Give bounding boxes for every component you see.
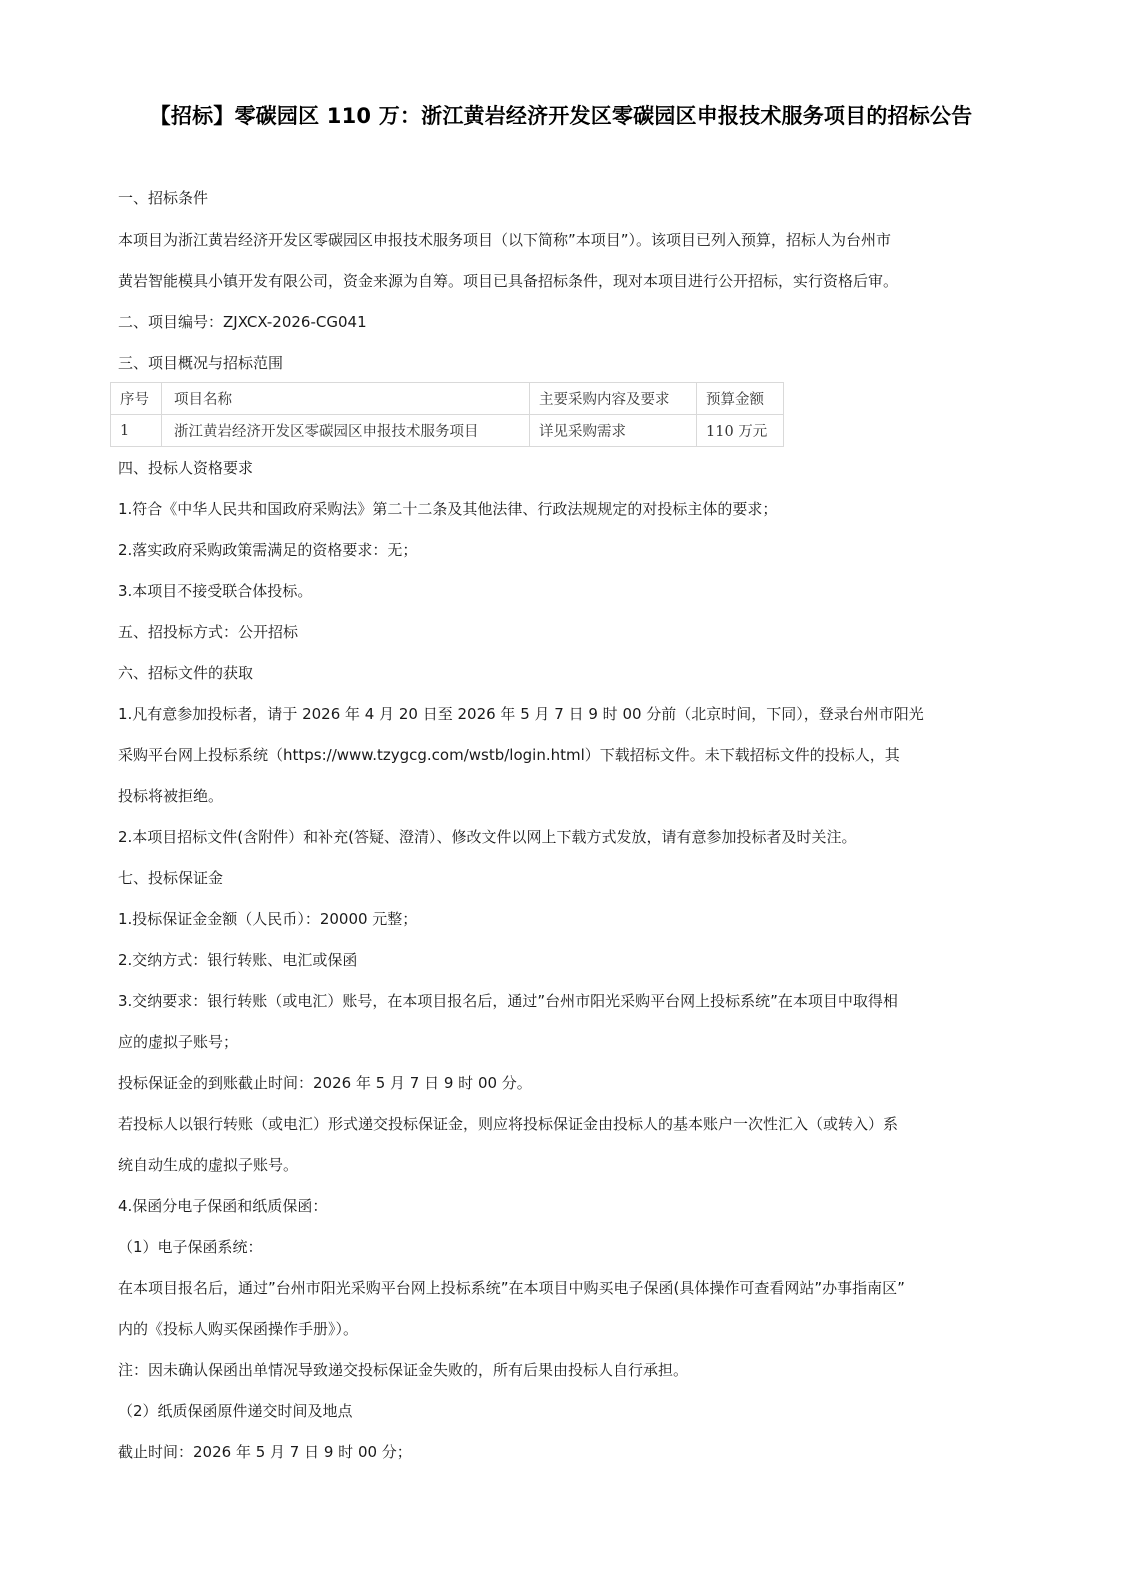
section-heading-conditions: 一、招标条件 [118,188,208,208]
table-header-cell: 预算金额 [697,383,784,415]
table-cell: 详见采购需求 [530,415,697,447]
list-item: 4.保函分电子保函和纸质保函： [118,1196,327,1216]
paragraph-line: 1.凡有意参加投标者，请于 2026 年 4 月 20 日至 2026 年 5 … [118,704,924,724]
list-item: 1.符合《中华人民共和国政府采购法》第二十二条及其他法律、行政法规规定的对投标主… [118,499,777,519]
table-header-row: 序号 项目名称 主要采购内容及要求 预算金额 [111,383,784,415]
paragraph-line: 在本项目报名后，通过”台州市阳光采购平台网上投标系统”在本项目中购买电子保函(具… [118,1278,905,1298]
paragraph-line: 3.交纳要求：银行转账（或电汇）账号，在本项目报名后，通过”台州市阳光采购平台网… [118,991,898,1011]
table-cell: 1 [111,415,162,447]
list-item: 2.落实政府采购政策需满足的资格要求：无； [118,540,417,560]
paragraph-line: 投标将被拒绝。 [118,786,223,806]
list-item: 2.交纳方式：银行转账、电汇或保函 [118,950,357,970]
section-heading-project-number: 二、项目编号：ZJXCX-2026-CG041 [118,312,367,332]
table-row: 1 浙江黄岩经济开发区零碳园区申报技术服务项目 详见采购需求 110 万元 [111,415,784,447]
list-item: 3.本项目不接受联合体投标。 [118,581,312,601]
paragraph-line: 内的《投标人购买保函操作手册》）。 [118,1319,358,1339]
section-heading-obtain-documents: 六、招标文件的获取 [118,663,253,683]
paragraph-line: 若投标人以银行转账（或电汇）形式递交投标保证金，则应将投标保证金由投标人的基本账… [118,1114,898,1134]
paragraph-line: 统自动生成的虚拟子账号。 [118,1155,298,1175]
paragraph-line: 采购平台网上投标系统（https://www.tzygcg.com/wstb/l… [118,745,900,765]
paragraph-line: 黄岩智能模具小镇开发有限公司，资金来源为自筹。项目已具备招标条件，现对本项目进行… [118,271,898,291]
table-header-cell: 序号 [111,383,162,415]
paragraph-line: 投标保证金的到账截止时间：2026 年 5 月 7 日 9 时 00 分。 [118,1073,532,1093]
document-title: 【招标】零碳园区 110 万：浙江黄岩经济开发区零碳园区申报技术服务项目的招标公… [0,100,1122,130]
sub-heading: （1）电子保函系统： [118,1237,263,1257]
list-item: 2.本项目招标文件(含附件）和补充(答疑、澄清）、修改文件以网上下载方式发放，请… [118,827,857,847]
list-item: 1.投标保证金金额（人民币）：20000 元整； [118,909,417,929]
section-heading-method: 五、招投标方式：公开招标 [118,622,298,642]
note: 注：因未确认保函出单情况导致递交投标保证金失败的，所有后果由投标人自行承担。 [118,1360,688,1380]
table-cell: 浙江黄岩经济开发区零碳园区申报技术服务项目 [162,415,530,447]
table-header-cell: 主要采购内容及要求 [530,383,697,415]
paragraph-line: 本项目为浙江黄岩经济开发区零碳园区申报技术服务项目（以下简称”本项目”）。该项目… [118,230,891,250]
table-header-cell: 项目名称 [162,383,530,415]
scope-table: 序号 项目名称 主要采购内容及要求 预算金额 1 浙江黄岩经济开发区零碳园区申报… [110,382,784,447]
section-heading-qualifications: 四、投标人资格要求 [118,458,253,478]
sub-heading: （2）纸质保函原件递交时间及地点 [118,1401,353,1421]
paragraph-line: 截止时间：2026 年 5 月 7 日 9 时 00 分； [118,1442,412,1462]
paragraph-line: 应的虚拟子账号； [118,1032,238,1052]
section-heading-bid-bond: 七、投标保证金 [118,868,223,888]
table-cell: 110 万元 [697,415,784,447]
section-heading-scope: 三、项目概况与招标范围 [118,353,283,373]
